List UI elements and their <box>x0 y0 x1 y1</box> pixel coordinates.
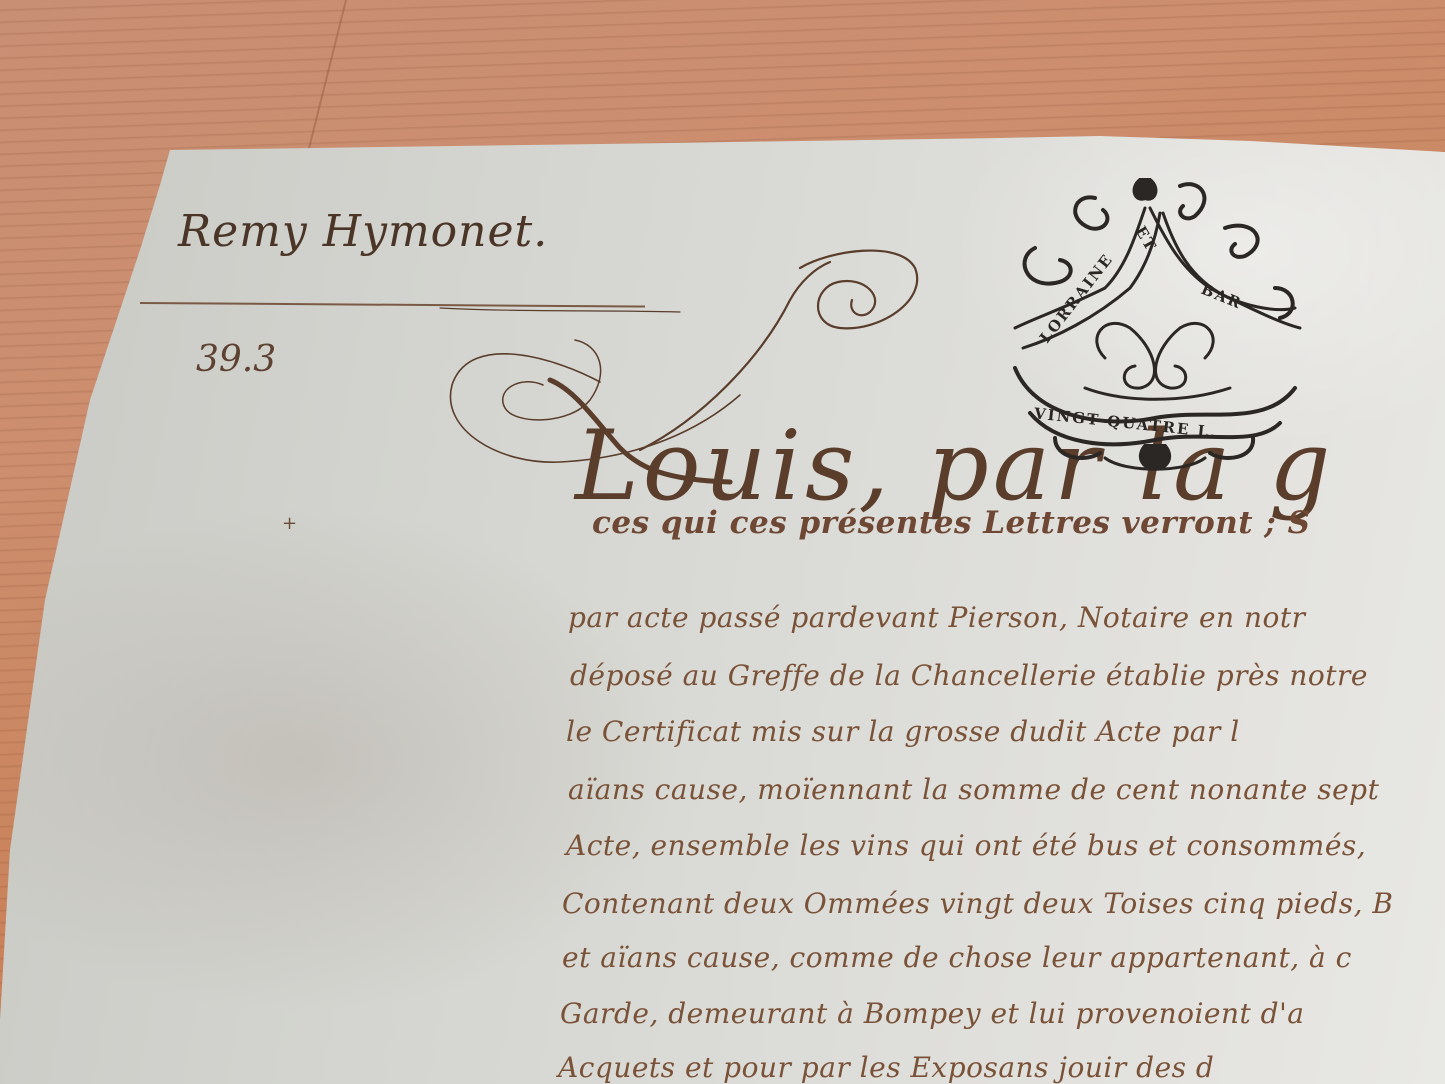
body-line-10: Acquets et pour par les Exposans jouir d… <box>558 1054 1214 1082</box>
stamp-text-lorraine: LORRAINE <box>1036 250 1117 346</box>
stamp-text-bar: BAR <box>1199 280 1245 313</box>
body-line-4: le Certificat mis sur la grosse dudit Ac… <box>566 718 1240 746</box>
body-line-5: aïans cause, moïennant la somme de cent … <box>568 776 1379 804</box>
body-line-9: Garde, demeurant à Bompey et lui proveno… <box>560 1000 1304 1028</box>
lorraine-et-bar-tax-stamp-icon: LORRAINE ET BAR VINGT QUATRE L. <box>995 168 1315 478</box>
body-line-3: déposé au Greffe de la Chancellerie étab… <box>570 662 1368 690</box>
body-line-2: par acte passé pardevant Pierson, Notair… <box>568 604 1305 632</box>
table-seam <box>308 0 347 150</box>
body-line-7: Contenant deux Ommées vingt deux Toises … <box>562 890 1393 918</box>
document-page <box>0 0 1445 1084</box>
body-line-8: et aïans cause, comme de chose leur appa… <box>562 944 1352 972</box>
folio-number: 39.3 <box>196 342 276 378</box>
signature: Remy Hymonet. <box>178 210 548 254</box>
body-line-6: Acte, ensemble les vins qui ont été bus … <box>566 832 1366 860</box>
body-line-1: ces qui ces présentes Lettres verront ; … <box>592 508 1311 539</box>
margin-mark: + <box>282 515 297 533</box>
